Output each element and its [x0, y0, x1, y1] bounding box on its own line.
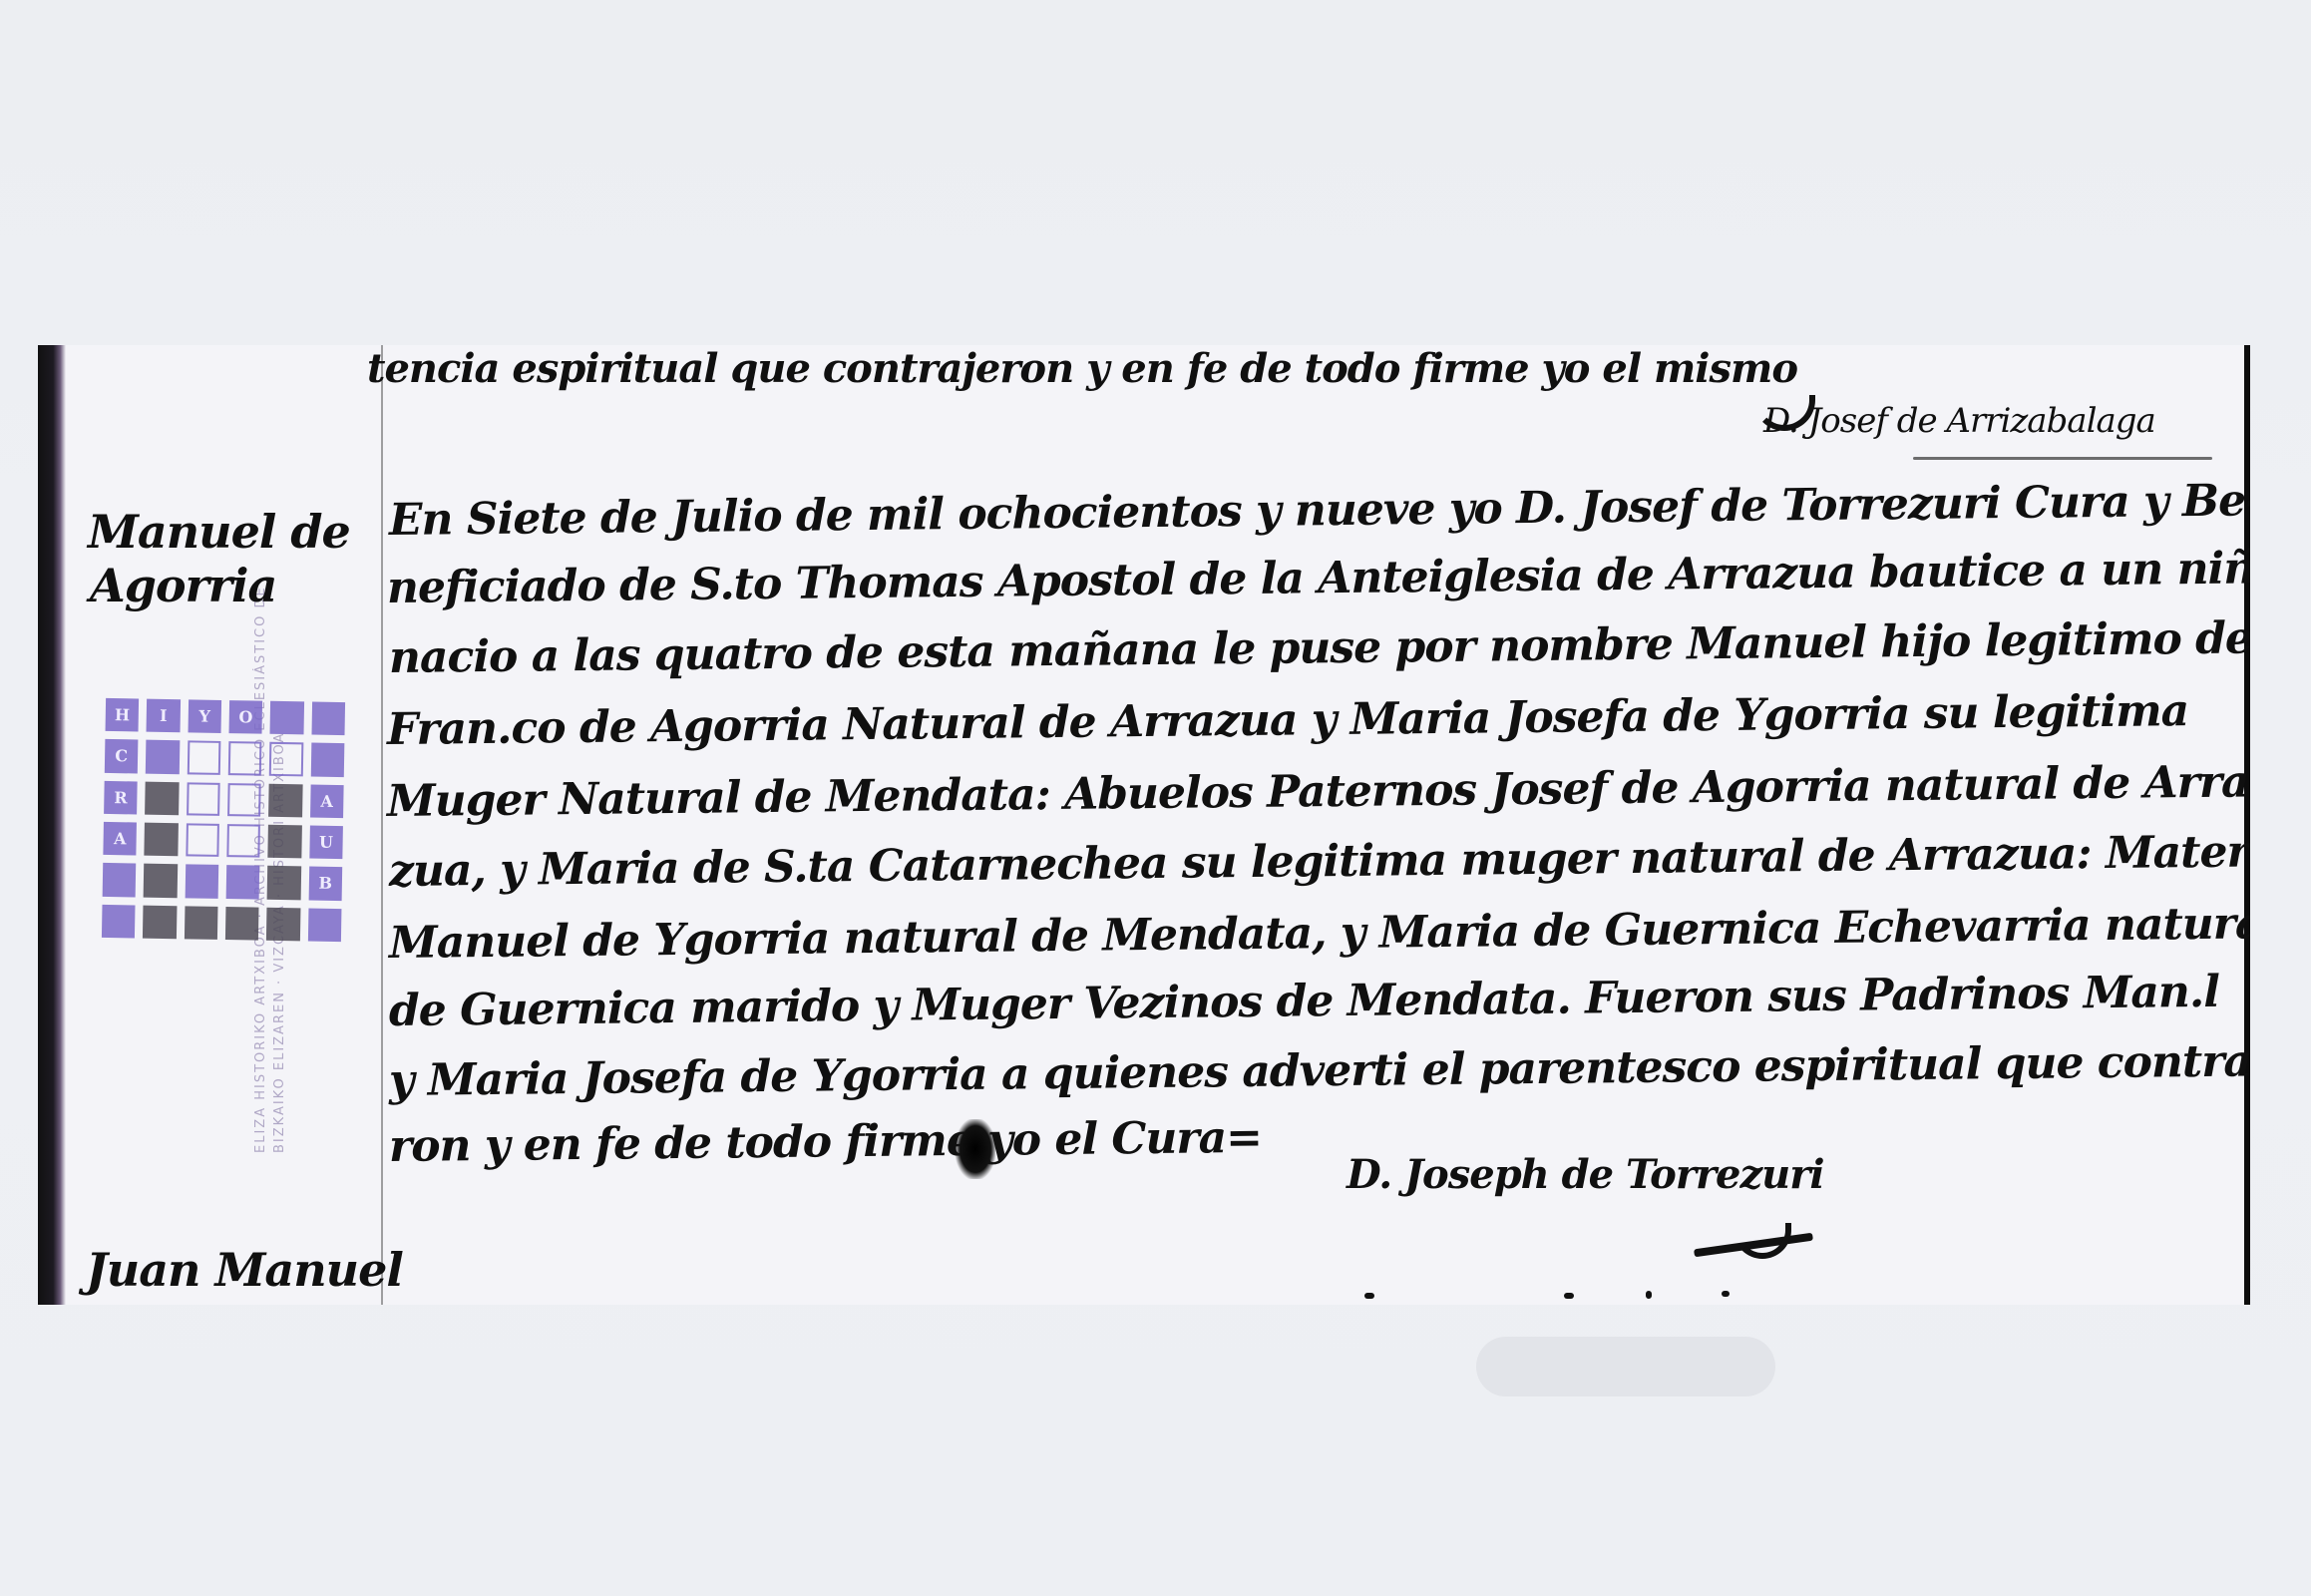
ink-blot	[956, 1119, 995, 1179]
ink-speck	[1722, 1291, 1730, 1297]
document-scan: ELIZA HISTORIKO ARTXIBOA · ARCHIVO HISTÓ…	[38, 345, 2250, 1305]
stamp-cell: U	[309, 825, 343, 859]
record-line: nacio a las quatro de esta mañana le pus…	[389, 612, 2250, 683]
stamp-cell	[143, 905, 177, 939]
stamp-cell: A	[103, 822, 137, 856]
stamp-cell: Y	[188, 699, 221, 733]
stamp-cell: R	[104, 781, 138, 815]
record-line: y Maria Josefa de Ygorria a quienes adve…	[389, 1035, 2250, 1106]
stamp-cell: B	[308, 867, 342, 901]
stamp-cell	[102, 905, 136, 939]
margin-note-surname: Agorria	[90, 559, 276, 612]
stamp-cell	[226, 865, 260, 899]
record-line: Manuel de Ygorria natural de Mendata, y …	[389, 898, 2250, 969]
record-line: Muger Natural de Mendata: Abuelos Patern…	[387, 756, 2250, 827]
stamp-cell	[145, 781, 179, 815]
stamp-cell	[266, 907, 300, 941]
signature-underline	[1913, 457, 2212, 460]
stamp-cell	[226, 824, 260, 858]
stamp-cell	[311, 702, 345, 736]
previous-entry-line: tencia espiritual que contrajeron y en f…	[367, 345, 1797, 392]
record-line: Fran.co de Agorria Natural de Arrazua y …	[387, 685, 2189, 755]
ink-speck	[1646, 1291, 1652, 1299]
top-signature: D. Josef de Arrizabalaga	[1763, 401, 2155, 441]
stamp-cell	[144, 864, 178, 898]
stamp-cell	[145, 823, 179, 857]
stamp-cell	[270, 701, 304, 735]
stamp-cell: I	[147, 699, 181, 733]
stamp-cell	[103, 863, 137, 897]
stamp-cell	[269, 742, 303, 776]
faint-bleedthrough-stamp	[1476, 1337, 1775, 1396]
record-line: En Siete de Julio de mil ochocientos y n…	[389, 475, 2250, 546]
record-line: zua, y Maria de S.ta Catarnechea su legi…	[389, 826, 2250, 897]
record-line: ron y en fe de todo firme yo el Cura=	[389, 1112, 1262, 1172]
stamp-cell	[228, 741, 262, 775]
stamp-cell	[185, 906, 218, 940]
ink-speck	[1564, 1293, 1574, 1299]
stamp-cell	[267, 866, 301, 900]
record-line: de Guernica marido y Muger Vezinos de Me…	[389, 967, 2219, 1036]
margin-rule	[381, 345, 383, 1305]
ink-speck	[1364, 1293, 1374, 1299]
margin-note-name: Manuel de	[88, 505, 350, 559]
stamp-cell	[225, 907, 259, 941]
stamp-cell: O	[228, 700, 262, 734]
stamp-cell	[185, 865, 218, 899]
signature-loop-icon	[1733, 1223, 1791, 1259]
stamp-cell: A	[310, 784, 344, 818]
record-line: neficiado de S.to Thomas Apostol de la A…	[387, 542, 2250, 613]
stamp-cell	[187, 782, 220, 816]
stamp-cell	[146, 740, 180, 774]
stamp-cell	[310, 743, 344, 777]
stamp-cell	[268, 783, 302, 817]
priest-signature: D. Joseph de Torrezuri	[1347, 1151, 1824, 1198]
stamp-cell	[227, 783, 261, 817]
stamp-cell	[268, 825, 302, 859]
stamp-cell: C	[105, 739, 139, 773]
archive-grid-stamp-icon: H I Y O C R A A U B	[102, 698, 345, 942]
stamp-cell	[186, 823, 219, 857]
stamp-cell: H	[106, 698, 140, 732]
margin-note-next-entry: Juan Manuel	[86, 1243, 403, 1297]
stamp-cell	[187, 741, 220, 775]
stamp-cell	[308, 908, 342, 942]
scan-left-edge	[38, 345, 66, 1305]
